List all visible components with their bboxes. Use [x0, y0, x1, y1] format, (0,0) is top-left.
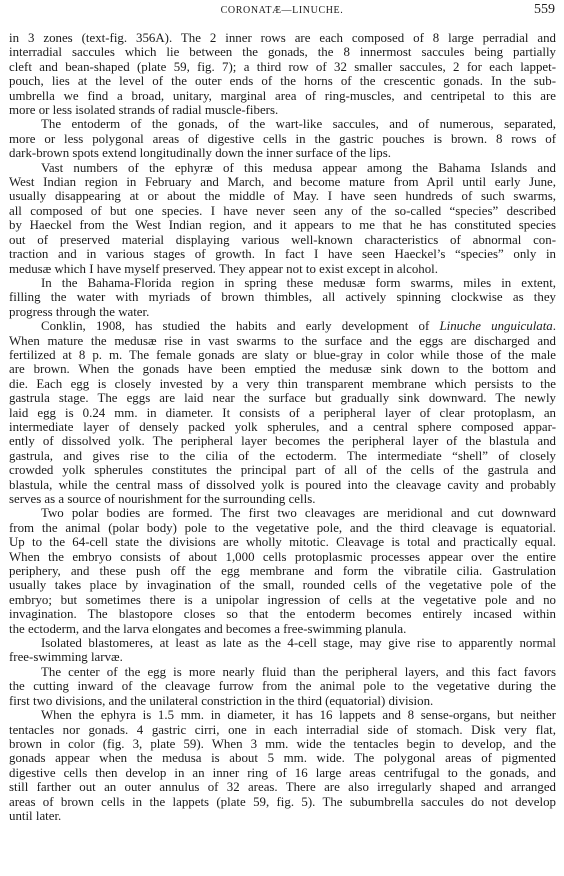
text-line: the cutting inward of the cleavage furro…: [9, 679, 556, 693]
text-line: Two polar bodies are formed. The first t…: [9, 506, 556, 520]
text-line: traction and in various stages of growth…: [9, 247, 556, 261]
text-line: ently of dissolved yolk. The peripheral …: [9, 434, 556, 448]
text-line: When the ephyra is 1.5 mm. in diameter, …: [9, 708, 556, 722]
text-line: gastrula, and gives rise to the cilia of…: [9, 449, 556, 463]
text-line: West Indian region in February and March…: [9, 175, 556, 189]
species-name: Linuche unguiculata: [439, 319, 552, 333]
text-line: crowded yolk spherules constitutes the p…: [9, 463, 556, 477]
text-line: Vast numbers of the ephyræ of this medus…: [9, 161, 556, 175]
paragraph: In the Bahama-Florida region in spring t…: [9, 276, 556, 319]
text-line: In the Bahama-Florida region in spring t…: [9, 276, 556, 290]
text-line: intermediate layer of densely packed yol…: [9, 420, 556, 434]
text-line: embryo; but sometimes there is a unipola…: [9, 593, 556, 607]
text-line: by Haeckel from the West Indian region, …: [9, 218, 556, 232]
text-line: die. Each egg is closely invested by a v…: [9, 377, 556, 391]
paragraph: The entoderm of the gonads, of the wart-…: [9, 117, 556, 160]
text-line: fertilized at 8 p. m. The female gonads …: [9, 348, 556, 362]
text-line: The center of the egg is more nearly flu…: [9, 665, 556, 679]
text-line: Isolated blastomeres, at least as late a…: [9, 636, 556, 650]
text-line: gonads appear when the medusa is about 5…: [9, 751, 556, 765]
text-line: from the animal (polar body) pole to the…: [9, 521, 556, 535]
text-line: pouch, lies at the level of the outer en…: [9, 74, 556, 88]
text-line: umbrella we find a broad, unitary, margi…: [9, 89, 556, 103]
paragraph: Conklin, 1908, has studied the habits an…: [9, 319, 556, 506]
text-line: usually disappearing at or about the mid…: [9, 189, 556, 203]
paragraph: Isolated blastomeres, at least as late a…: [9, 636, 556, 665]
text-line: invagination. The blastopore closes so t…: [9, 607, 556, 621]
text-line: still farther out an outer annulus of 32…: [9, 780, 556, 794]
text-line: laid egg is 0.24 mm. in diameter. It con…: [9, 406, 556, 420]
running-title: CORONATÆ—LINUCHE.: [0, 5, 564, 16]
text-line: more or less isolated strands of radial …: [9, 103, 556, 117]
text-line: first two divisions, and the unilateral …: [9, 694, 556, 708]
text-line: gastrula stage. The eggs are laid near t…: [9, 391, 556, 405]
text-line: When the embryo consists of about 1,000 …: [9, 550, 556, 564]
text-line: progress through the water.: [9, 305, 556, 319]
text-line: interradial saccules which lie between t…: [9, 45, 556, 59]
paragraph: Two polar bodies are formed. The first t…: [9, 506, 556, 636]
text-line: blastula, while the central mass of diss…: [9, 478, 556, 492]
text-line: all composed of but one species. I have …: [9, 204, 556, 218]
body-text: in 3 zones (text-fig. 356A). The 2 inner…: [9, 31, 556, 823]
paragraph: When the ephyra is 1.5 mm. in diameter, …: [9, 708, 556, 823]
text-line: areas of brown cells in the lappets (pla…: [9, 795, 556, 809]
text-line: Conklin, 1908, has studied the habits an…: [9, 319, 556, 333]
text-line: dark-brown spots extend longitudinally d…: [9, 146, 556, 160]
text-line: brown in color (fig. 3, plate 59). When …: [9, 737, 556, 751]
text-line: until later.: [9, 809, 556, 823]
text-line: digestive cells then develop in an inner…: [9, 766, 556, 780]
text-line: serves as a source of nourishment for th…: [9, 492, 556, 506]
text-line: the ectoderm, and the larva elongates an…: [9, 622, 556, 636]
text-line: are brown. When the gonads have been emp…: [9, 362, 556, 376]
paragraph: in 3 zones (text-fig. 356A). The 2 inner…: [9, 31, 556, 117]
text-line: cleft and bean-shaped (plate 59, fig. 7)…: [9, 60, 556, 74]
text-line: free-swimming larvæ.: [9, 650, 556, 664]
text-line: in 3 zones (text-fig. 356A). The 2 inner…: [9, 31, 556, 45]
paragraph: Vast numbers of the ephyræ of this medus…: [9, 161, 556, 276]
page-header: CORONATÆ—LINUCHE. 559: [0, 2, 564, 20]
text-line: medusæ which I have myself preserved. Th…: [9, 262, 556, 276]
text-line: tentacles nor gonads. 4 gastric cirri, o…: [9, 723, 556, 737]
text-line: The entoderm of the gonads, of the wart-…: [9, 117, 556, 131]
text-line: filling the water with myriads of brown …: [9, 290, 556, 304]
text-line: more or less polygonal areas of digestiv…: [9, 132, 556, 146]
text-line: out of preserved material displaying var…: [9, 233, 556, 247]
text-line: Up to the 64-cell state the divisions ar…: [9, 535, 556, 549]
text-line: When mature the medusæ rise in vast swar…: [9, 334, 556, 348]
paragraph: The center of the egg is more nearly flu…: [9, 665, 556, 708]
text-line: periphery, and these push off the egg me…: [9, 564, 556, 578]
page-number: 559: [534, 2, 555, 18]
text-line: usually takes place by invagination of t…: [9, 578, 556, 592]
